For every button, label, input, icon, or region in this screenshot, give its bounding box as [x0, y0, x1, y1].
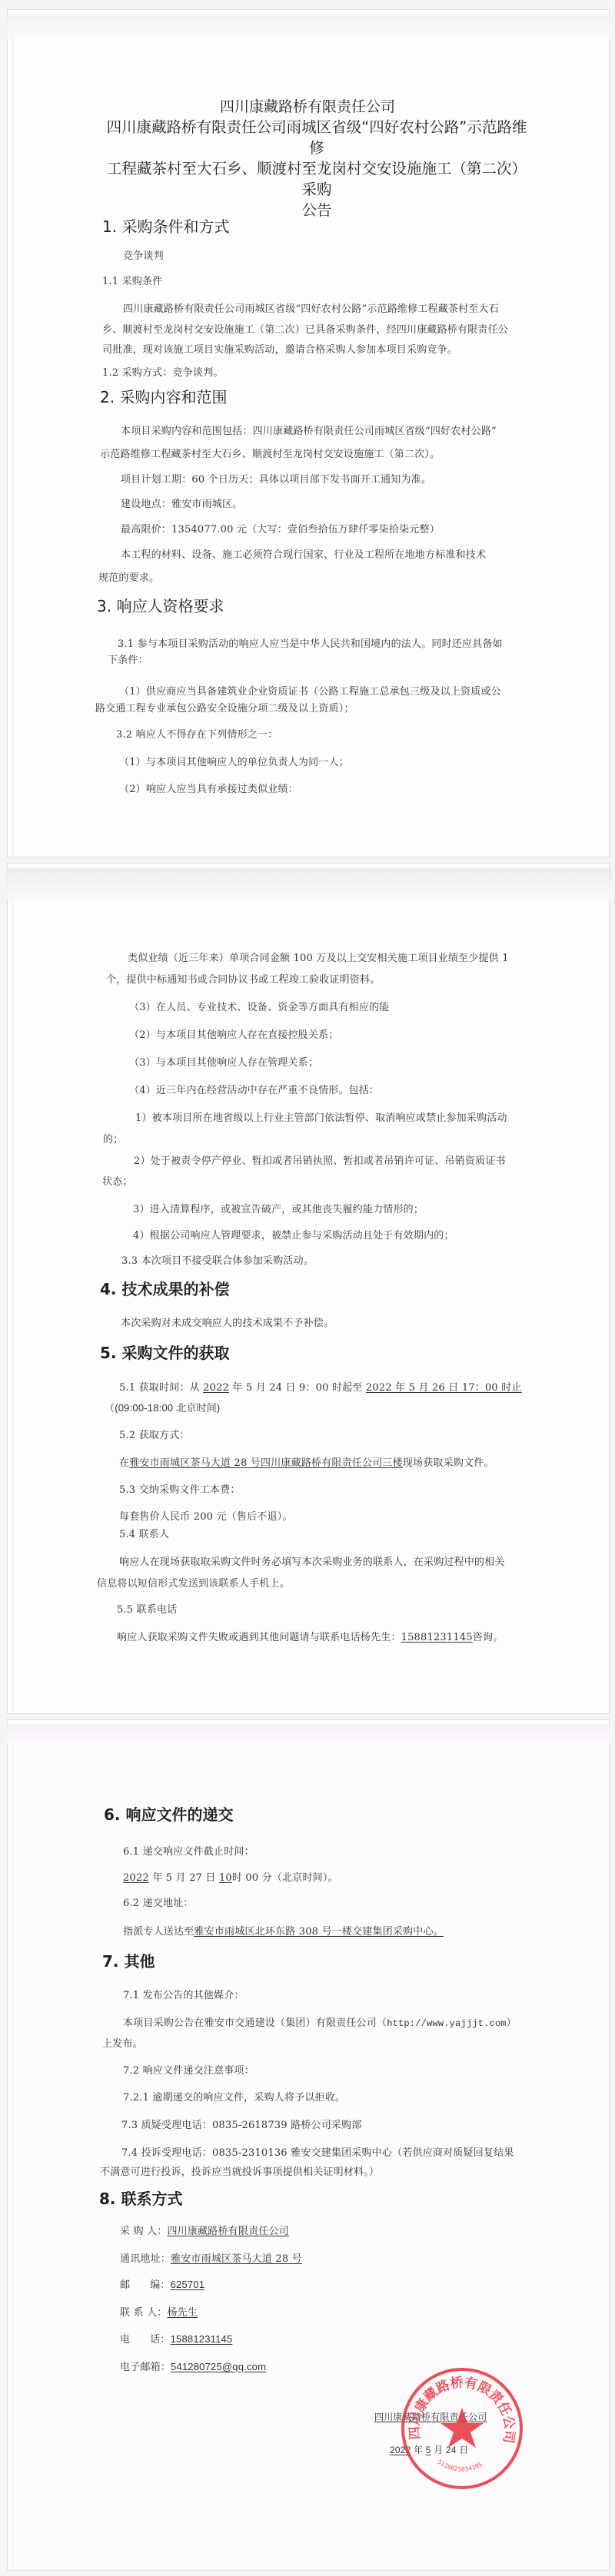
subsection-6-1: 6.1 递交响应文件截止时间： — [123, 1843, 254, 1858]
svg-text:5118025034105: 5118025034105 — [437, 2458, 484, 2473]
project-duration: 项目计划工期：60 个日历天；具体以项目部下发书面开工通知为准。 — [121, 471, 431, 486]
paragraph-text: 不满意可进行投诉，投诉应当就投诉事项提供相关证明材料。） — [100, 2163, 379, 2178]
field-label: 联 系 人： — [120, 2307, 167, 2319]
publication-url[interactable]: http://www.yajjjt.com — [387, 2018, 506, 2029]
subsection-7-2: 7.2 响应文件递交注意事项： — [123, 2062, 254, 2077]
paragraph-text: 的； — [103, 1131, 123, 1145]
contact-phone: 15881231145 — [401, 1632, 473, 1643]
paragraph-text: （4）近三年内在经营活动中存在严重不良情形。包括： — [129, 1082, 379, 1096]
scan-artifact — [6, 1724, 612, 1744]
submission-address-line: 指派专人送达至雅安市雨城区北环东路 308 号一楼交建集团采购中心。 — [123, 1923, 444, 1938]
company-seal-icon: 四川康藏路桥有限责任公司 5118025034105 — [401, 2368, 523, 2489]
acquisition-time: 5.1 获取时间：从 2022 年 5 月 24 日 9：00 时起至 2022… — [119, 1379, 522, 1394]
mailing-address: 雅安市雨城区茶马大道 28 号 — [171, 2253, 310, 2265]
paragraph-text: （1）与本项目其他响应人的单位负责人为同一人； — [119, 754, 349, 768]
text: 本项目采购公告在雅安市交通建设（集团）有限责任公司（ — [123, 2017, 387, 2029]
field-label: 电 话： — [120, 2334, 171, 2346]
paragraph-text: 3）进入清算程序，或被宣告破产，或其他丧失履约能力情形的； — [133, 1201, 424, 1215]
submission-address: 雅安市雨城区北环东路 308 号一楼交建集团采购中心。 — [194, 1926, 443, 1938]
scan-artifact — [6, 15, 612, 38]
contact-row-email: 电子邮箱：541280725@qq.com — [120, 2359, 266, 2373]
paragraph-text: （1）供应商应当具备建筑业企业资质证书（公路工程施工总承包三级及以上资质或公 — [119, 683, 501, 698]
field-label: 电子邮箱： — [120, 2362, 171, 2373]
notice-title-line-2: 工程藏茶村至大石乡、顺渡村至龙岗村交安设施施工（第二次）采购 — [101, 158, 532, 200]
paragraph-text: 示范路维修工程藏茶村至大石乡、顺渡村至龙岗村交安设施施工（第二次）。 — [100, 446, 440, 460]
text: 年 5 月 26 日 17：00 时止 — [392, 1382, 522, 1394]
text: 时 00 分（北京时间）。 — [232, 1872, 338, 1884]
paragraph-text: 响应人在现场获取取采购文件时务必填写本次采购业务的联系人，在采购过程中的相关 — [119, 1553, 505, 1568]
acquisition-method: 在雅安市雨城区茶马大道 28 号四川康藏路桥有限责任公司三楼现场获取采购文件。 — [119, 1454, 494, 1469]
text: 现场获取采购文件。 — [403, 1457, 494, 1469]
paragraph-text: （2）与本项目其他响应人存在直接控股关系； — [129, 1026, 338, 1041]
text: ） — [507, 2017, 517, 2029]
text: 年 5 月 24 日 9：00 时起至 — [229, 1382, 366, 1394]
acquisition-hours: （(09:00-18:00 北京时间) — [105, 1400, 220, 1414]
subsection-7-1: 7.1 发布公告的其他媒介： — [123, 1987, 244, 2001]
paragraph-text: 本项目采购公告在雅安市交通建设（集团）有限责任公司（http://www.yaj… — [123, 2014, 517, 2029]
acquisition-address: 雅安市雨城区茶马大道 28 号四川康藏路桥有限责任公司三楼 — [129, 1457, 403, 1469]
paragraph-text: 2）处于被责令停产停业、暂扣或者吊销执照、暂扣或者吊销许可证、吊销资质证书 — [134, 1152, 506, 1167]
scan-artifact — [6, 868, 612, 899]
paragraph-text: 上发布。 — [102, 2035, 143, 2050]
procurement-method-label: 竞争谈判 — [123, 247, 164, 262]
subsection-1-2: 1.2 采购方式：竞争谈判。 — [102, 364, 224, 379]
maximum-price: 最高限价：1354077.00 元（大写：壹佰叁拾伍万肆仟零柒拾柒元整） — [121, 521, 440, 535]
text: 年 5 月 27 日 — [149, 1872, 219, 1884]
paragraph-text: 司批准，现对该施工项目实施采购活动，邀请合格采购人参加本项目采购竞争。 — [102, 341, 457, 356]
paragraph-text: 3.1 参与本项目采购活动的响应人应当是中华人民共和国境内的法人。同时还应具备如 — [118, 635, 503, 650]
paragraph-text: 本项目采购内容和范围包括：四川康藏路桥有限责任公司雨城区省级“四好农村公路” — [121, 423, 497, 437]
paragraph-text: 个，提供中标通知书或合同协议书或工程竣工验收证明资料。 — [106, 971, 380, 986]
start-year: 2022 — [203, 1382, 229, 1394]
paragraph-text: 本工程的材料、设备、施工必须符合现行国家、行业及工程所在地地方标准和技术 — [121, 546, 486, 561]
paragraph-text: 3.3 本次项目不接受联合体参加采购活动。 — [121, 1252, 314, 1267]
paragraph-text: 本次采购对未成交响应人的技术成果不予补偿。 — [121, 1315, 334, 1329]
contact-phone: 15881231145 — [171, 2333, 233, 2345]
subsection-5-2: 5.2 获取方式： — [119, 1427, 190, 1441]
paragraph-text: 下条件： — [108, 651, 148, 666]
issuer-name: 四川康藏路桥有限责任公司 — [0, 95, 615, 116]
section-4-heading: 4. 技术成果的补偿 — [100, 1277, 229, 1299]
field-label: 通讯地址： — [120, 2253, 171, 2265]
query-phone: 7.3 质疑受理电话：0835-2618739 路桥公司采购部 — [121, 2117, 362, 2131]
paragraph-text: 4）根据公司响应人管理要求，被禁止参与采购活动且处于有效期内的； — [133, 1227, 454, 1242]
postal-code: 625701 — [171, 2279, 205, 2290]
section-2-heading: 2. 采购内容和范围 — [100, 385, 227, 407]
paragraph-text: （3）在人员、专业技术、设备、资金等方面具有相应的能 — [129, 999, 389, 1013]
text: 5.1 获取时间：从 — [119, 1382, 203, 1394]
section-7-heading: 7. 其他 — [102, 1949, 155, 1971]
paragraph-text: 1）被本项目所在地省级以上行业主管部门依法暂停、取消响应或禁止参加采购活动 — [135, 1109, 507, 1124]
section-3-heading: 3. 响应人资格要求 — [97, 594, 224, 616]
paragraph-text: （2）响应人应当具有承接过类似业绩： — [119, 781, 298, 795]
paragraph-text: 类似业绩（近三年来）单项合同金额 100 万及以上交安相关施工项目业绩至少提供 … — [128, 950, 509, 964]
contact-row-postcode: 邮 编：625701 — [120, 2276, 204, 2291]
text: 响应人获取采购文件失败或遇到其他问题请与联系电话杨先生： — [117, 1632, 401, 1643]
paragraph-text: 四川康藏路桥有限责任公司雨城区省级“四好农村公路”示范路维修工程藏茶村至大石 — [123, 300, 499, 315]
notice-title: 四川康藏路桥有限责任公司雨城区省级“四好农村公路”示范路维修 工程藏茶村至大石乡… — [101, 117, 532, 220]
end-year: 2022 — [366, 1382, 392, 1394]
paragraph-text: 信息将以短信形式发送到该联系人手机上。 — [97, 1575, 290, 1590]
text: 咨询。 — [473, 1632, 504, 1643]
subsection-6-2: 6.2 递交地址： — [123, 1895, 194, 1909]
text: 在 — [119, 1457, 129, 1469]
deadline-hour: 10 — [219, 1872, 232, 1884]
purchaser-name: 四川康藏路桥有限责任公司 — [167, 2226, 296, 2237]
notice-title-line-1: 四川康藏路桥有限责任公司雨城区省级“四好农村公路”示范路维修 — [101, 117, 532, 158]
text: 指派专人送达至 — [123, 1926, 194, 1938]
contact-phone-line: 响应人获取采购文件失败或遇到其他问题请与联系电话杨先生：15881231145咨… — [117, 1629, 503, 1643]
subsection-5-5: 5.5 联系电话 — [117, 1601, 177, 1616]
contact-person: 杨先生 — [167, 2307, 244, 2319]
contact-row-person: 联 系 人：杨先生 — [120, 2304, 244, 2319]
contact-row-address: 通讯地址：雅安市雨城区茶马大道 28 号 — [120, 2250, 310, 2265]
field-label: 采 购 人： — [120, 2226, 167, 2237]
contact-row-purchaser: 采 购 人：四川康藏路桥有限责任公司 — [120, 2223, 297, 2237]
contact-row-phone: 电 话：15881231145 — [120, 2331, 232, 2346]
subsection-1-1: 1.1 采购条件 — [102, 273, 162, 287]
paragraph-text: 7.4 投诉受理电话：0835-2310136 雅安交建集团采购中心（若供应商对… — [121, 2144, 514, 2159]
document-fee: 每套售价人民币 200 元（售后不退）。 — [119, 1508, 293, 1523]
submission-deadline: 2022 年 5 月 27 日 10时 00 分（北京时间）。 — [123, 1869, 338, 1884]
paragraph-text: 路交通工程专业承包公路安全设施分项二级及以上资质）； — [95, 700, 354, 714]
deadline-year: 2022 — [123, 1872, 149, 1884]
subsection-5-3: 5.3 交纳采购文件工本费： — [119, 1481, 241, 1496]
paragraph-text: 3.2 响应人不得存在下列情形之一： — [116, 726, 278, 741]
contact-email[interactable]: 541280725@qq.com — [171, 2361, 266, 2372]
section-6-heading: 6. 响应文件的递交 — [104, 1802, 233, 1825]
field-label: 邮 编： — [120, 2279, 171, 2291]
paragraph-text: 规范的要求。 — [98, 569, 159, 584]
paragraph-text: （3）与本项目其他响应人存在管理关系； — [129, 1054, 318, 1069]
construction-location: 建设地点：雅安市雨城区。 — [121, 496, 242, 510]
section-5-heading: 5. 采购文件的获取 — [100, 1341, 229, 1363]
paragraph-text: 状态； — [102, 1173, 133, 1188]
subsection-5-4: 5.4 联系人 — [119, 1526, 169, 1540]
section-1-heading: 1. 采购条件和方式 — [102, 214, 229, 237]
paragraph-text: 乡、顺渡村至龙岗村交安设施施工（第二次）已具备采购条件，经四川康藏路桥有限责任公 — [102, 321, 508, 336]
paragraph-text: 7.2.1 逾期递交的响应文件，采购人将予以拒收。 — [123, 2089, 345, 2104]
section-8-heading: 8. 联系方式 — [99, 2186, 182, 2209]
